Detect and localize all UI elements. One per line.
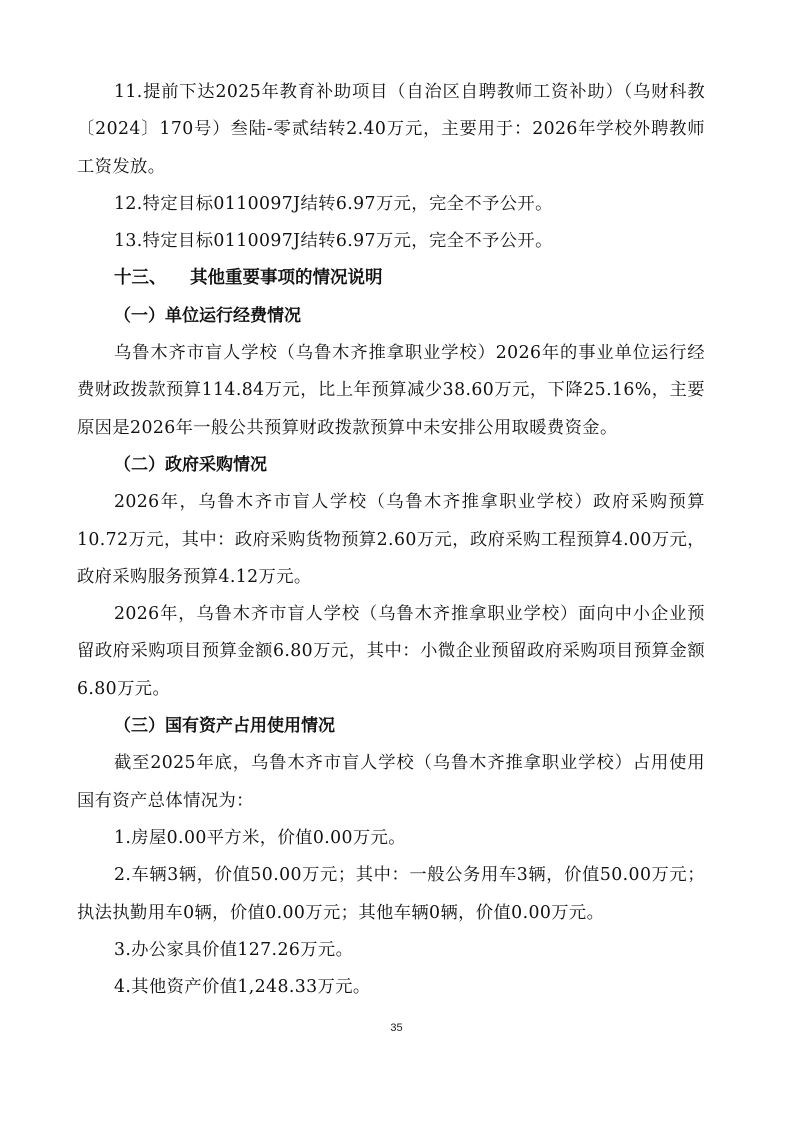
subheading-operating-expenses: （一）单位运行经费情况 (77, 298, 705, 335)
document-page: 11.提前下达2025年教育补助项目（自治区自聘教师工资补助）（乌财科教〔202… (0, 0, 793, 1122)
page-content: 11.提前下达2025年教育补助项目（自治区自聘教师工资补助）（乌财科教〔202… (77, 74, 705, 1006)
subheading-government-procurement: （二）政府采购情况 (77, 447, 705, 484)
paragraph-assets-vehicles: 2.车辆3辆，价值50.00万元；其中：一般公务用车3辆，价值50.00万元；执… (77, 857, 705, 932)
section-number: 十三、 (114, 260, 190, 297)
subheading-state-assets: （三）国有资产占用使用情况 (77, 708, 705, 745)
section-heading-13: 十三、其他重要事项的情况说明 (77, 260, 705, 297)
paragraph-assets-intro: 截至2025年底，乌鲁木齐市盲人学校（乌鲁木齐推拿职业学校）占用使用国有资产总体… (77, 745, 705, 820)
paragraph-item-12: 12.特定目标0110097J结转6.97万元，完全不予公开。 (77, 186, 705, 223)
paragraph-procurement-budget: 2026年，乌鲁木齐市盲人学校（乌鲁木齐推拿职业学校）政府采购预算10.72万元… (77, 484, 705, 596)
paragraph-assets-buildings: 1.房屋0.00平方米，价值0.00万元。 (77, 820, 705, 857)
section-title: 其他重要事项的情况说明 (190, 268, 383, 288)
paragraph-operating-expenses: 乌鲁木齐市盲人学校（乌鲁木齐推拿职业学校）2026年的事业单位运行经费财政拨款预… (77, 335, 705, 447)
paragraph-assets-furniture: 3.办公家具价值127.26万元。 (77, 932, 705, 969)
page-number: 35 (0, 1022, 793, 1034)
paragraph-sme-procurement: 2026年，乌鲁木齐市盲人学校（乌鲁木齐推拿职业学校）面向中小企业预留政府采购项… (77, 596, 705, 708)
paragraph-item-13: 13.特定目标0110097J结转6.97万元，完全不予公开。 (77, 223, 705, 260)
paragraph-assets-other: 4.其他资产价值1,248.33万元。 (77, 969, 705, 1006)
paragraph-item-11: 11.提前下达2025年教育补助项目（自治区自聘教师工资补助）（乌财科教〔202… (77, 74, 705, 186)
